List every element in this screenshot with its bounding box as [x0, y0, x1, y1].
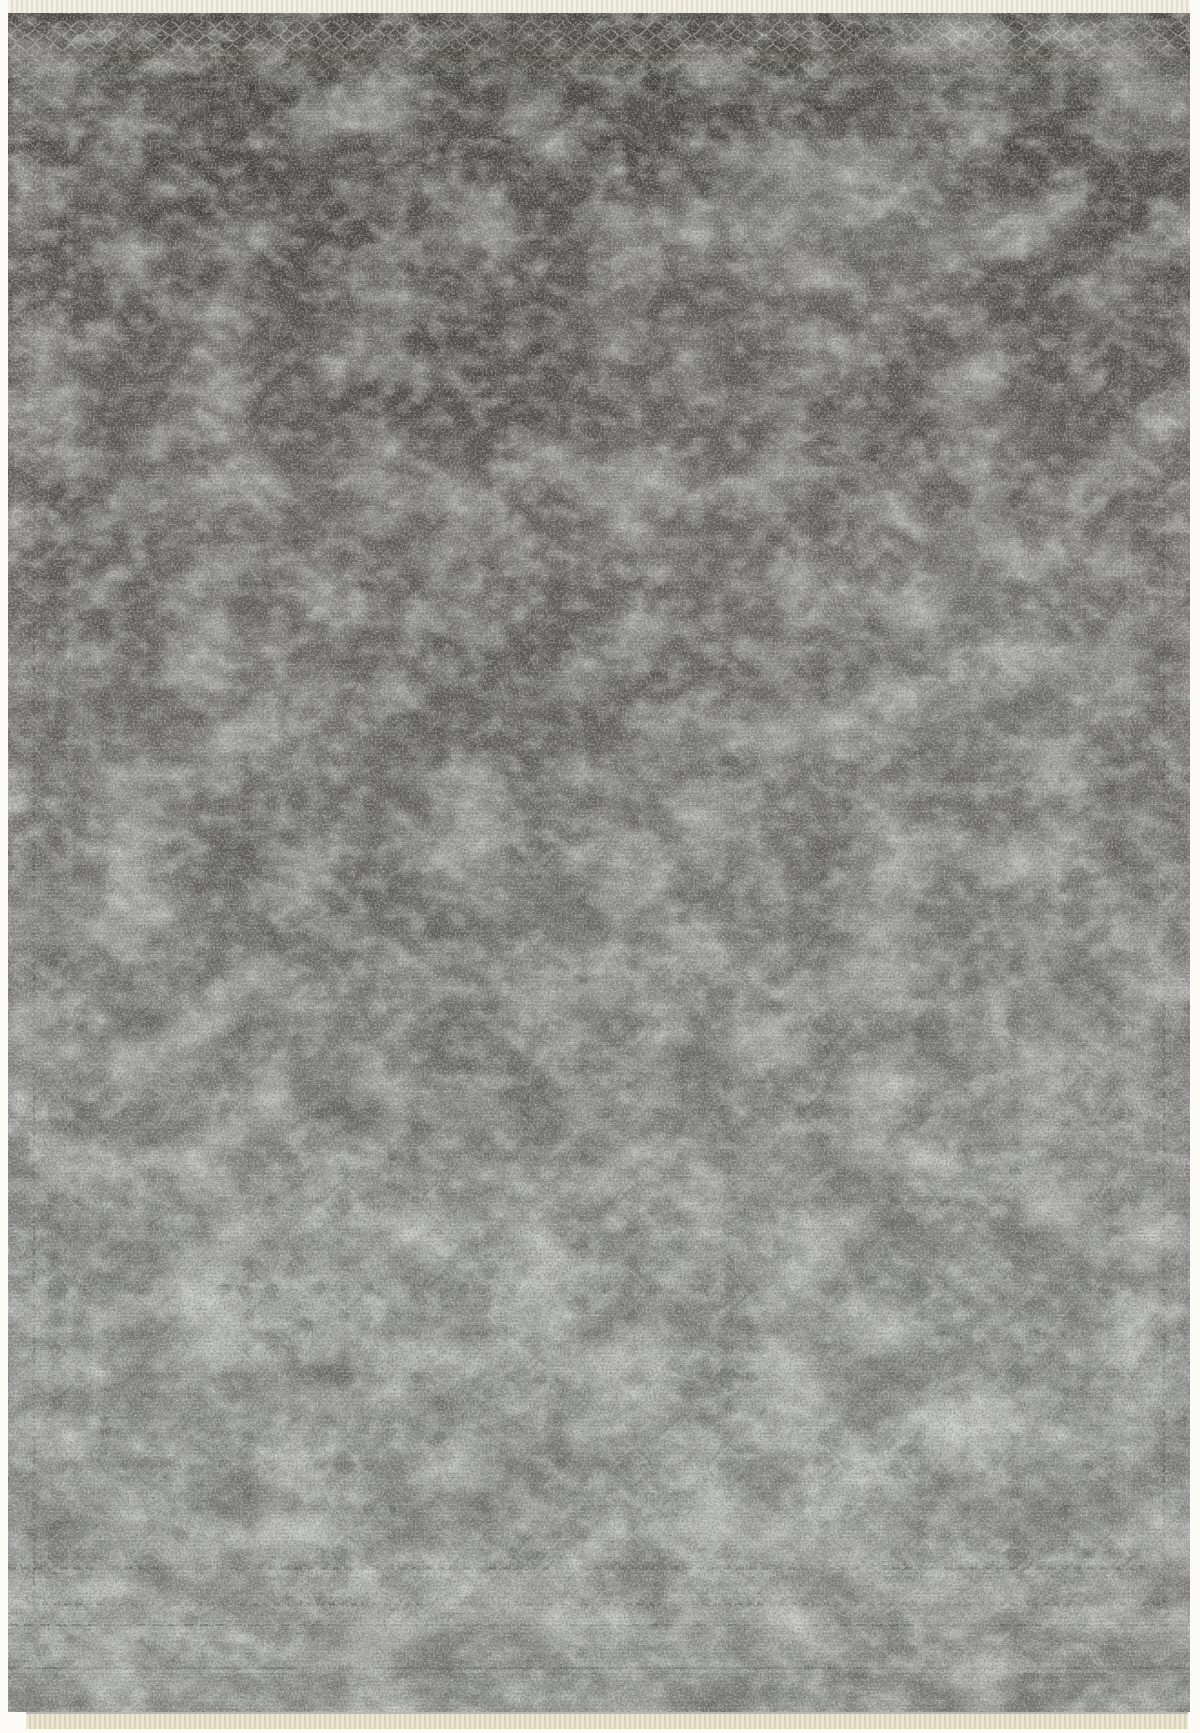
rug-fringe-bottom	[26, 1712, 1188, 1729]
rug-fringe-top	[8, 0, 1190, 13]
noise-texture	[8, 13, 1190, 1712]
rug-image	[8, 13, 1190, 1712]
rug-product-photo	[0, 0, 1200, 1733]
